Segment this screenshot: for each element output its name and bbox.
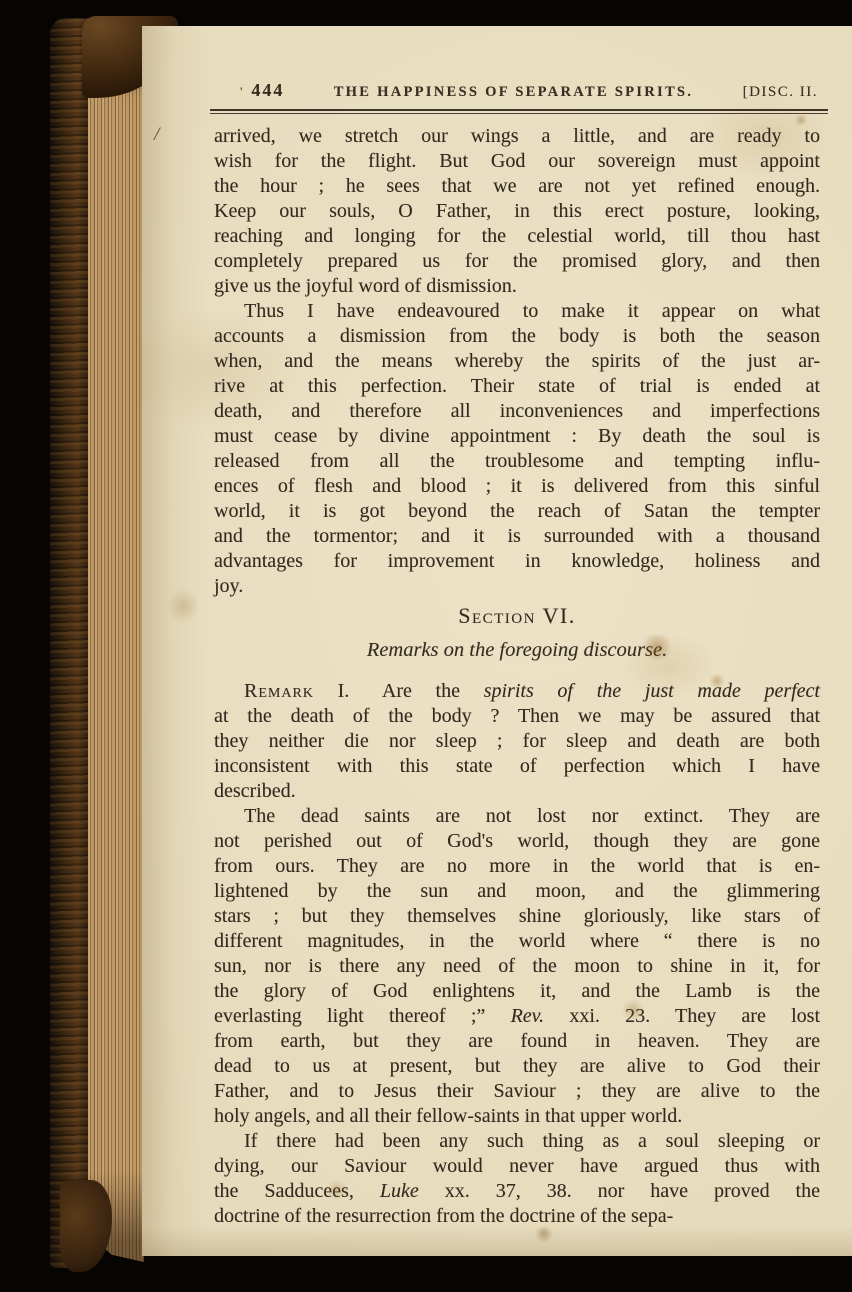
text-line: at the death of the body ? Then we may b… (214, 704, 820, 729)
text-line: lightened by the sun and moon, and the g… (214, 879, 820, 904)
body-text-segment: everlasting light thereof ;” (214, 1005, 511, 1027)
paragraph: The dead saints are not lost nor extinct… (214, 804, 820, 1129)
text-line: Remark I. Are the spirits of the just ma… (214, 679, 820, 704)
text-line: from earth, but they are found in heaven… (214, 1029, 820, 1054)
text-line: reaching and longing for the celestial w… (214, 224, 820, 249)
text-line: ences of flesh and blood ; it is deliver… (214, 474, 820, 499)
text-line: Thus I have endeavoured to make it appea… (214, 299, 820, 324)
body-text-segment: world, it is got beyond the reach of Sat… (214, 500, 820, 522)
text-line: the hour ; he sees that we are not yet r… (214, 174, 820, 199)
text-line: advantages for improvement in knowledge,… (214, 549, 820, 574)
text-line: joy. (214, 574, 820, 599)
text-line: wish for the flight. But God our soverei… (214, 149, 820, 174)
text-line: holy angels, and all their fellow-saints… (214, 1104, 820, 1129)
body-text-segment: stars ; but they themselves shine glorio… (214, 905, 820, 927)
text-line: from ours. They are no more in the world… (214, 854, 820, 879)
body-text-segment: reaching and longing for the celestial w… (214, 225, 820, 247)
text-line: different magnitudes, in the world where… (214, 929, 820, 954)
text-line: death, and therefore all inconveniences … (214, 399, 820, 424)
book-page: / '444 THE HAPPINESS OF SEPARATE SPIRITS… (142, 26, 852, 1256)
italic-text: spirits of the just made perfect (484, 680, 820, 702)
body-text-segment: from ours. They are no more in the world… (214, 855, 820, 877)
body-text-segment: Thus I have endeavoured to make it appea… (244, 300, 820, 322)
text-line: when, and the means whereby the spirits … (214, 349, 820, 374)
text-line: rive at this perfection. Their state of … (214, 374, 820, 399)
body-text-segment: joy. (214, 575, 243, 597)
body-text-segment: at the death of the body ? Then we may b… (214, 705, 820, 727)
text-line: completely prepared us for the promised … (214, 249, 820, 274)
book-spine (50, 18, 92, 1268)
body-text-segment: accounts a dismission from the body is b… (214, 325, 820, 347)
text-line: If there had been any such thing as a so… (214, 1129, 820, 1154)
text-line: must cease by divine appointment : By de… (214, 424, 820, 449)
page-number: 444 (251, 80, 284, 100)
body-text-segment: from earth, but they are found in heaven… (214, 1030, 820, 1052)
body-text-segment: described. (214, 780, 296, 802)
text-line: everlasting light thereof ;” Rev. xxi. 2… (214, 1004, 820, 1029)
text-line: released from all the troublesome and te… (214, 449, 820, 474)
body-text-segment: they neither die nor sleep ; for sleep a… (214, 730, 820, 752)
stain-spot (168, 586, 198, 626)
stray-ink-mark: ' (240, 84, 243, 99)
body-text-segment: death, and therefore all inconveniences … (214, 400, 820, 422)
running-title: THE HAPPINESS OF SEPARATE SPIRITS. (284, 82, 742, 102)
body-text-segment: arrived, we stretch our wings a little, … (214, 125, 820, 147)
body-text-segment: released from all the troublesome and te… (214, 450, 820, 472)
text-line: Father, and to Jesus their Saviour ; the… (214, 1079, 820, 1104)
text-line: give us the joyful word of dismission. (214, 274, 820, 299)
smallcaps-text: Remark (244, 680, 314, 702)
body-text-segment: must cease by divine appointment : By de… (214, 425, 820, 447)
body-text-segment: advantages for improvement in knowledge,… (214, 550, 820, 572)
body-text-segment: xxi. 23. They are lost (544, 1005, 820, 1027)
paragraph: arrived, we stretch our wings a little, … (214, 124, 820, 299)
body-text-segment: and the tormentor; and it is surrounded … (214, 525, 820, 547)
body-text-segment: dying, our Saviour would never have argu… (214, 1155, 820, 1177)
text-line: dying, our Saviour would never have argu… (214, 1154, 820, 1179)
text-line: stars ; but they themselves shine glorio… (214, 904, 820, 929)
text-line: arrived, we stretch our wings a little, … (214, 124, 820, 149)
body-text-segment: holy angels, and all their fellow-saints… (214, 1105, 682, 1127)
body-text-segment: the glory of God enlightens it, and the … (214, 980, 820, 1002)
body-text-segment: different magnitudes, in the world where… (214, 930, 820, 952)
text-line: described. (214, 779, 820, 804)
section-heading: Section VI. (214, 603, 820, 629)
paragraph: If there had been any such thing as a so… (214, 1129, 820, 1229)
body-text-segment: rive at this perfection. Their state of … (214, 375, 820, 397)
page-header: '444 THE HAPPINESS OF SEPARATE SPIRITS. … (214, 80, 820, 102)
margin-pen-mark: / (154, 124, 159, 146)
body-text-segment: I. Are the (314, 680, 484, 702)
page-number-group: '444 (240, 80, 284, 102)
page-edge-stack (88, 28, 144, 1262)
body-text-segment: doctrine of the resurrection from the do… (214, 1205, 673, 1227)
text-line: and the tormentor; and it is surrounded … (214, 524, 820, 549)
body-text-segment: when, and the means whereby the spirits … (214, 350, 820, 372)
body-text-segment: xx. 37, 38. nor have proved the (419, 1180, 820, 1202)
paragraph: Remark I. Are the spirits of the just ma… (214, 679, 820, 804)
text-line: Keep our souls, O Father, in this erect … (214, 199, 820, 224)
body-text-segment: sun, nor is there any need of the moon t… (214, 955, 820, 977)
body-text-segment: If there had been any such thing as a so… (244, 1130, 820, 1152)
body-text-segment: ences of flesh and blood ; it is deliver… (214, 475, 820, 497)
body-text-segment: give us the joyful word of dismission. (214, 275, 517, 297)
text-line: dead to us at present, but they are aliv… (214, 1054, 820, 1079)
body-text-segment: the Sadducees, (214, 1180, 380, 1202)
italic-text: Luke (380, 1180, 419, 1202)
discourse-label: [DISC. II. (743, 82, 818, 102)
text-line: they neither die nor sleep ; for sleep a… (214, 729, 820, 754)
body-text-segment: wish for the flight. But God our soverei… (214, 150, 820, 172)
italic-text: Rev. (511, 1005, 545, 1027)
body-text-segment: Keep our souls, O Father, in this erect … (214, 200, 820, 222)
body-text-segment: not perished out of God's world, though … (214, 830, 820, 852)
text-line: sun, nor is there any need of the moon t… (214, 954, 820, 979)
body-text-segment: completely prepared us for the promised … (214, 250, 820, 272)
cover-corner-bottom (60, 1180, 112, 1272)
header-double-rule (210, 109, 828, 114)
section-subtitle: Remarks on the foregoing discourse. (214, 637, 820, 663)
body-text-segment: the hour ; he sees that we are not yet r… (214, 175, 820, 197)
text-line: the Sadducees, Luke xx. 37, 38. nor have… (214, 1179, 820, 1204)
text-line: inconsistent with this state of perfecti… (214, 754, 820, 779)
body-text-segment: inconsistent with this state of perfecti… (214, 755, 820, 777)
screenshot-root: { "colors": { "background": "#060504", "… (0, 0, 852, 1292)
text-line: The dead saints are not lost nor extinct… (214, 804, 820, 829)
paragraph: Thus I have endeavoured to make it appea… (214, 299, 820, 599)
text-line: doctrine of the resurrection from the do… (214, 1204, 820, 1229)
body-text-segment: dead to us at present, but they are aliv… (214, 1055, 820, 1077)
text-line: not perished out of God's world, though … (214, 829, 820, 854)
body-text-segment: Father, and to Jesus their Saviour ; the… (214, 1080, 820, 1102)
text-line: the glory of God enlightens it, and the … (214, 979, 820, 1004)
body-text-segment: lightened by the sun and moon, and the g… (214, 880, 820, 902)
text-line: world, it is got beyond the reach of Sat… (214, 499, 820, 524)
text-line: accounts a dismission from the body is b… (214, 324, 820, 349)
body-text-segment: The dead saints are not lost nor extinct… (244, 805, 820, 827)
page-body: arrived, we stretch our wings a little, … (214, 124, 820, 1229)
